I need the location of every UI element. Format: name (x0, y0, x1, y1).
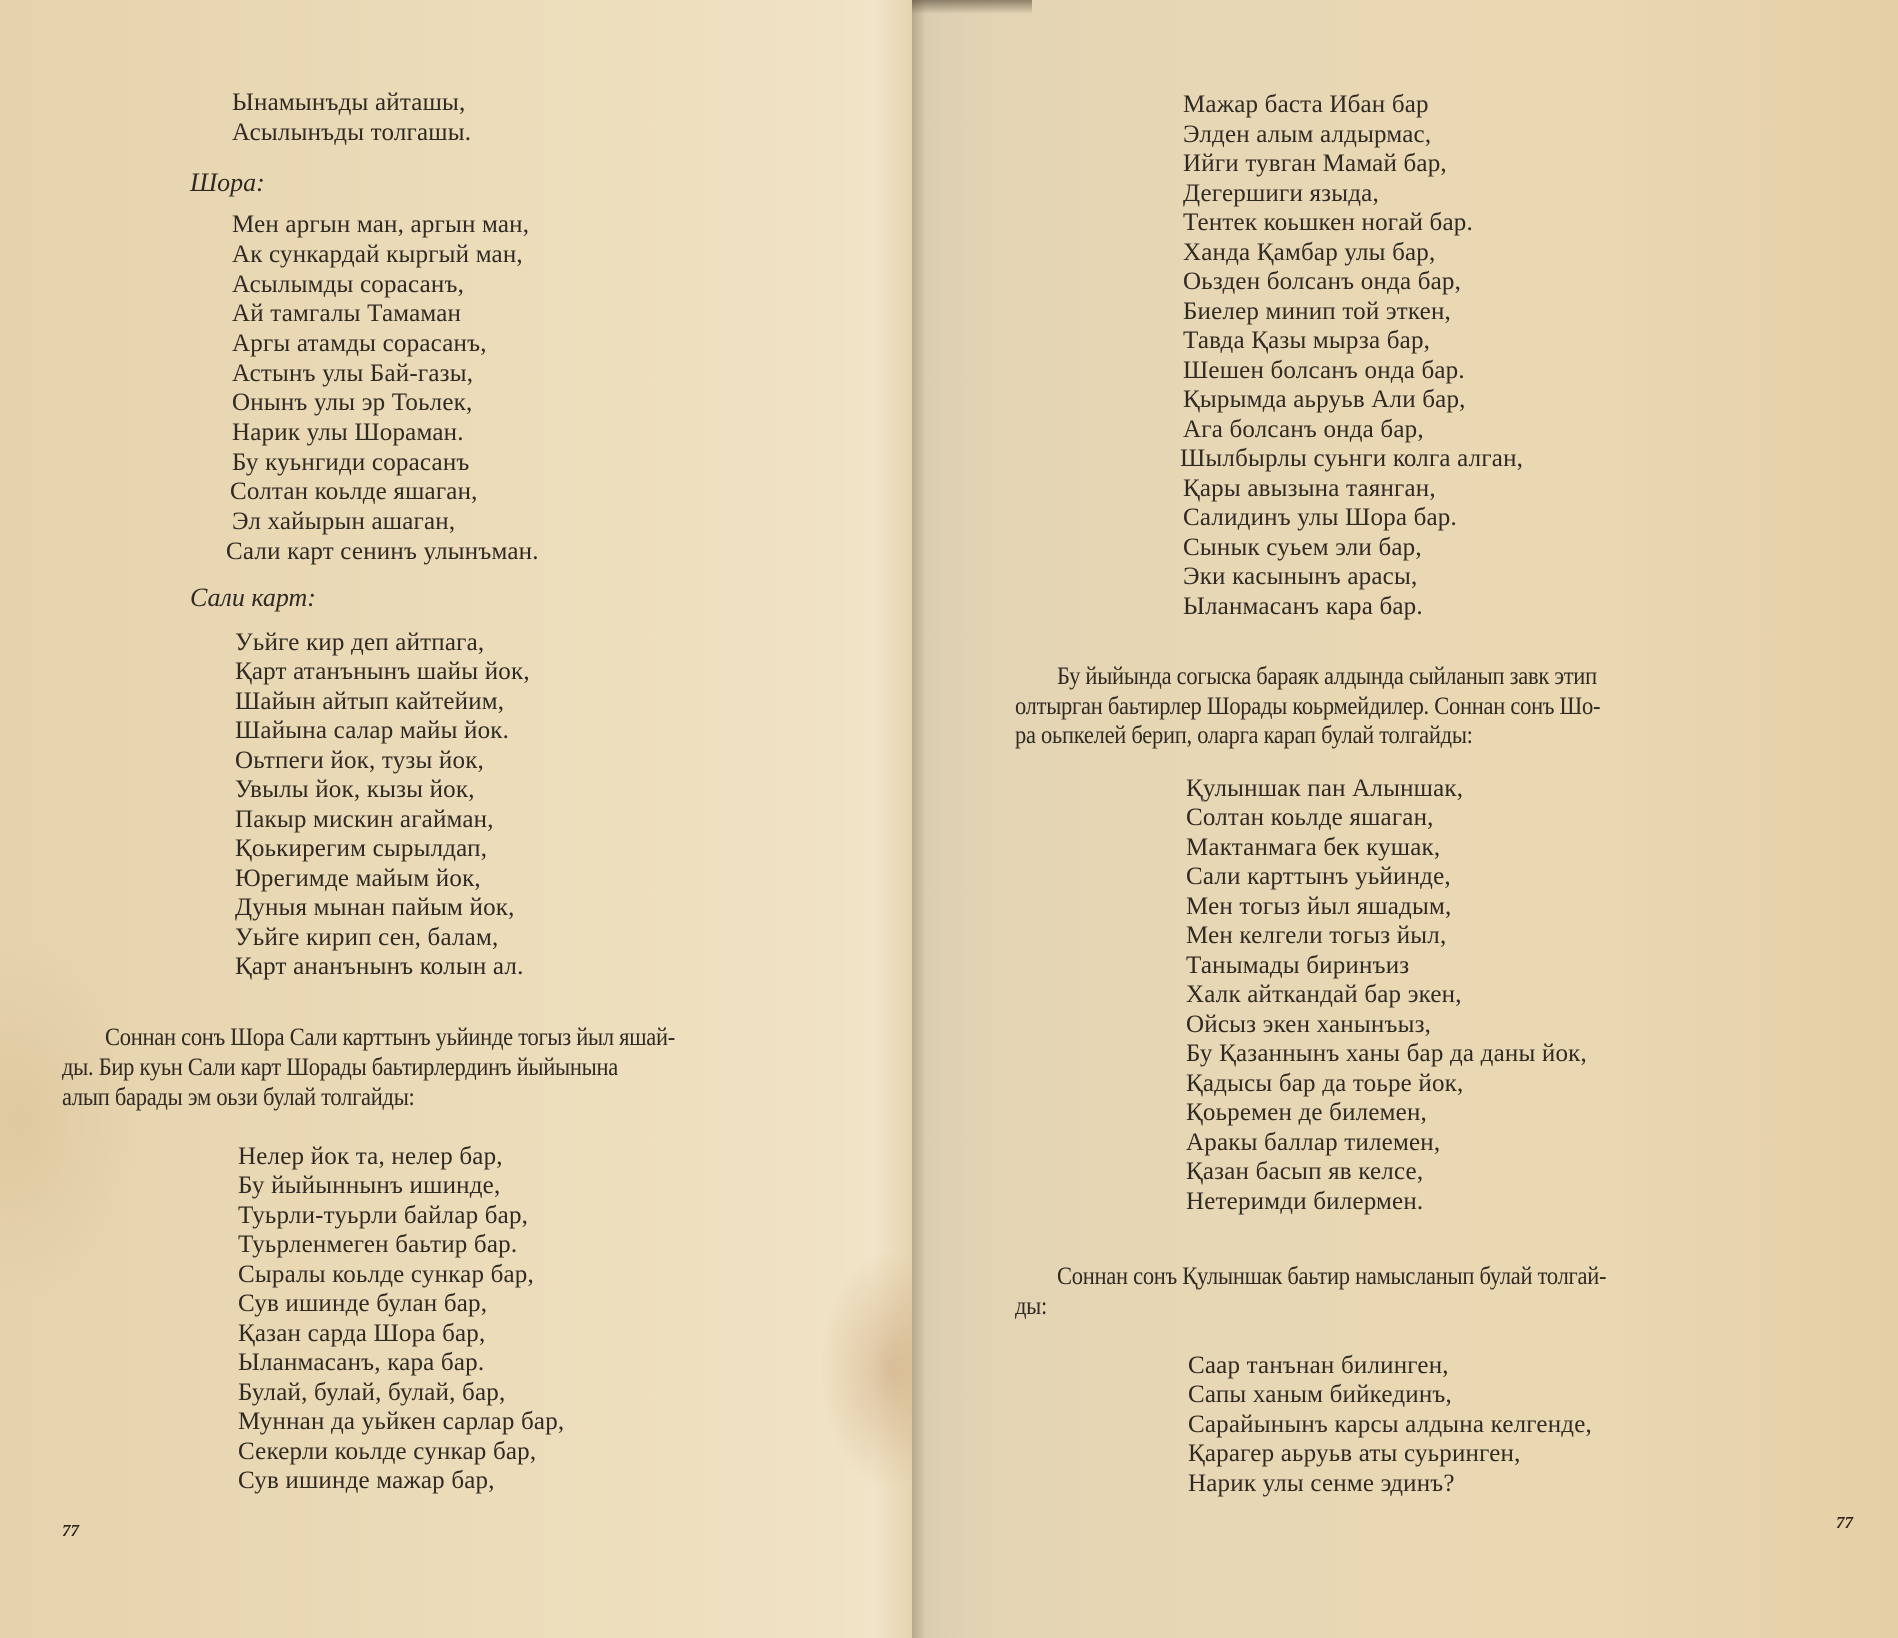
verse-line: Сали карттынъ уьйинде, (1186, 862, 1451, 892)
verse-line: Қарагер аьруьв аты суьринген, (1188, 1439, 1521, 1469)
verse-line: Эки касынынъ арасы, (1183, 562, 1417, 592)
prose-line: алып барады эм оьзи булай толгайды: (62, 1083, 415, 1113)
verse-line: Ыланмасанъ кара бар. (1183, 592, 1423, 622)
verse-line: Аргы атамды сорасанъ, (232, 329, 487, 359)
book-spread: Ынамынъды айташы, Асылынъды толгашы. Шор… (0, 0, 1898, 1638)
verse-line: Сапы ханым бийкединъ, (1188, 1380, 1452, 1410)
verse-line: Секерли коьлде сункар бар, (238, 1437, 536, 1467)
prose-line: Соннан сонъ Қулыншак баьтир намысланып б… (1057, 1262, 1606, 1292)
verse-line: Қулыншак пан Алыншак, (1186, 774, 1463, 804)
verse-line: Сыралы коьлде сункар бар, (238, 1260, 534, 1290)
page-number: 77 (62, 1521, 79, 1541)
verse-line: Сынык суьем эли бар, (1183, 533, 1422, 563)
verse-line: Бу куьнгиди сорасанъ (232, 448, 470, 478)
prose-line: ра оьпкелей берип, оларга карап булай то… (1015, 721, 1473, 751)
verse-line: Қадысы бар да тоьре йок, (1186, 1069, 1463, 1099)
verse-line: Ханда Қамбар улы бар, (1183, 238, 1435, 268)
left-page: Ынамынъды айташы, Асылынъды толгашы. Шор… (0, 0, 912, 1638)
verse-line: Туьрли-туьрли байлар бар, (238, 1201, 528, 1231)
verse-line: Уьйге кирип сен, балам, (235, 923, 498, 953)
verse-line: Нарик улы Шораман. (232, 418, 464, 448)
verse-line: Солтан коьлде яшаган, (1186, 803, 1434, 833)
gutter-shadow (912, 0, 1032, 14)
verse-line: Шешен болсанъ онда бар. (1183, 356, 1465, 386)
verse-line: Шайын айтып кайтейим, (235, 687, 504, 717)
verse-line: Шайына салар майы йок. (235, 716, 509, 746)
verse-line: Ыланмасанъ, кара бар. (238, 1348, 484, 1378)
verse-line: Мен тогыз йыл яшадым, (1186, 892, 1451, 922)
verse-line: Мен аргын ман, аргын ман, (232, 210, 529, 240)
verse-line: Бу Қазаннынъ ханы бар да даны йок, (1186, 1039, 1587, 1069)
verse-line: Биелер минип той эткен, (1183, 297, 1451, 327)
verse-line: Қазан басып яв келсе, (1186, 1157, 1423, 1187)
verse-line: Нетеримди билермен. (1186, 1187, 1423, 1217)
verse-line: Ага болсанъ онда бар, (1183, 415, 1424, 445)
verse-line: Қарт атанънынъ шайы йок, (235, 657, 530, 687)
page-number: 77 (1836, 1513, 1853, 1533)
verse-line: Нарик улы сенме эдинъ? (1188, 1469, 1455, 1499)
verse-line: Юрегимде майым йок, (235, 864, 481, 894)
verse-line: Нелер йок та, нелер бар, (238, 1142, 503, 1172)
verse-line: Оьтпеги йок, тузы йок, (235, 746, 484, 776)
verse-line: Онынъ улы эр Тоьлек, (232, 388, 472, 418)
prose-line: ды. Бир куьн Сали карт Шорады баьтирлерд… (62, 1053, 618, 1083)
speaker-heading: Шора: (190, 168, 265, 198)
prose-line: олтырган баьтирлер Шорады коьрмейдилер. … (1015, 692, 1600, 722)
verse-line: Қоьремен де билемен, (1186, 1098, 1427, 1128)
verse-line: Асылынъды толгашы. (232, 118, 471, 148)
verse-line: Дуныя мынан пайым йок, (235, 893, 515, 923)
verse-line: Мажар баста Ибан бар (1183, 90, 1429, 120)
verse-line: Ойсыз экен ханынъыз, (1186, 1010, 1431, 1040)
verse-line: Уьйге кир деп айтпага, (235, 628, 484, 658)
verse-line: Оьзден болсанъ онда бар, (1183, 267, 1461, 297)
verse-line: Ынамынъды айташы, (232, 88, 465, 118)
prose-line: Соннан сонъ Шора Сали карттынъ уьйинде т… (105, 1023, 675, 1053)
verse-line: Ийги тувган Мамай бар, (1183, 149, 1447, 179)
speaker-heading: Сали карт: (190, 583, 316, 613)
verse-line: Астынъ улы Бай-газы, (232, 359, 473, 389)
verse-line: Қазан сарда Шора бар, (238, 1319, 485, 1349)
verse-line: Тавда Қазы мырза бар, (1183, 326, 1430, 356)
verse-line: Дегершиги языда, (1183, 179, 1379, 209)
verse-line: Муннан да уьйкен сарлар бар, (238, 1407, 564, 1437)
verse-line: Мактанмага бек кушак, (1186, 833, 1440, 863)
verse-line: Аракы баллар тилемен, (1186, 1128, 1440, 1158)
verse-line: Ак сункардай кыргый ман, (232, 240, 523, 270)
verse-line: Қары авызына таянган, (1183, 474, 1436, 504)
verse-line: Ай тамгалы Тамаман (232, 299, 461, 329)
verse-line: Қырымда аьруьв Али бар, (1183, 385, 1466, 415)
verse-line: Сув ишинде булан бар, (238, 1289, 487, 1319)
verse-line: Қоькирегим сырылдап, (235, 834, 487, 864)
right-page: Мажар баста Ибан бар Элден алым алдырмас… (912, 0, 1898, 1638)
verse-line: Шылбырлы суьнги колга алган, (1180, 444, 1523, 474)
verse-line: Эл хайырын ашаган, (232, 507, 455, 537)
verse-line: Танымады биринъиз (1186, 951, 1409, 981)
verse-line: Халк айткандай бар экен, (1186, 980, 1462, 1010)
verse-line: Бу йыйыннынъ ишинде, (238, 1171, 500, 1201)
verse-line: Булай, булай, булай, бар, (238, 1378, 505, 1408)
verse-line: Саар танънан билинген, (1188, 1351, 1449, 1381)
prose-line: ды: (1015, 1292, 1047, 1322)
verse-line: Сув ишинде мажар бар, (238, 1466, 495, 1496)
verse-line: Пакыр мискин агайман, (235, 805, 494, 835)
verse-line: Салидинъ улы Шора бар. (1183, 503, 1457, 533)
verse-line: Тентек коьшкен ногай бар. (1183, 208, 1473, 238)
verse-line: Увылы йок, кызы йок, (235, 775, 475, 805)
verse-line: Элден алым алдырмас, (1183, 120, 1431, 150)
verse-line: Асылымды сорасанъ, (232, 270, 464, 300)
prose-line: Бу йыйында согыска бараяк алдында сыйлан… (1057, 662, 1597, 692)
verse-line: Сали карт сенинъ улынъман. (226, 537, 539, 567)
verse-line: Сарайынынъ карсы алдына келгенде, (1188, 1410, 1592, 1440)
verse-line: Солтан коьлде яшаган, (230, 477, 478, 507)
verse-line: Қарт ананънынъ колын ал. (235, 952, 524, 982)
verse-line: Мен келгели тогыз йыл, (1186, 921, 1446, 951)
verse-line: Туьрленмеген баьтир бар. (238, 1230, 517, 1260)
